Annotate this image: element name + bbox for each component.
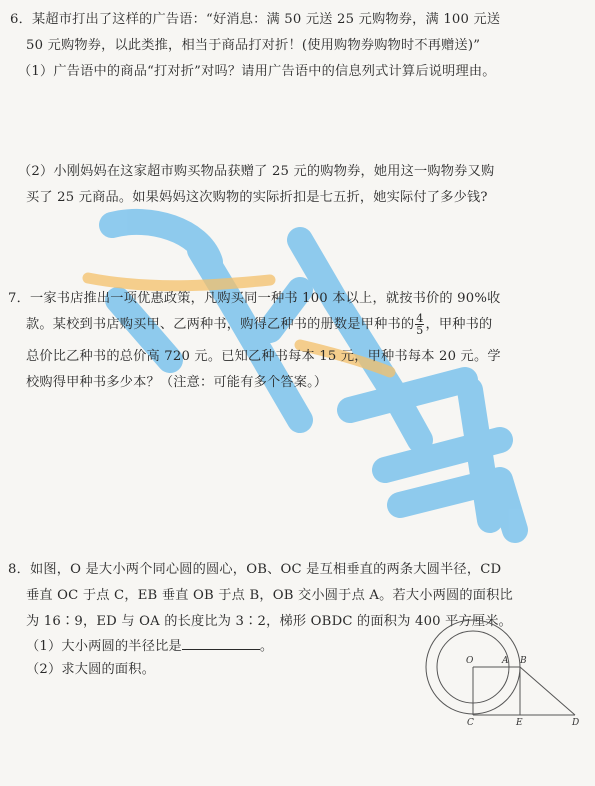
label-A: A: [502, 656, 509, 666]
label-D: D: [572, 718, 579, 728]
label-B: B: [520, 656, 527, 666]
geometry-figure: [0, 0, 595, 786]
label-C: C: [467, 718, 474, 728]
label-O: O: [466, 656, 473, 666]
label-E: E: [516, 718, 523, 728]
